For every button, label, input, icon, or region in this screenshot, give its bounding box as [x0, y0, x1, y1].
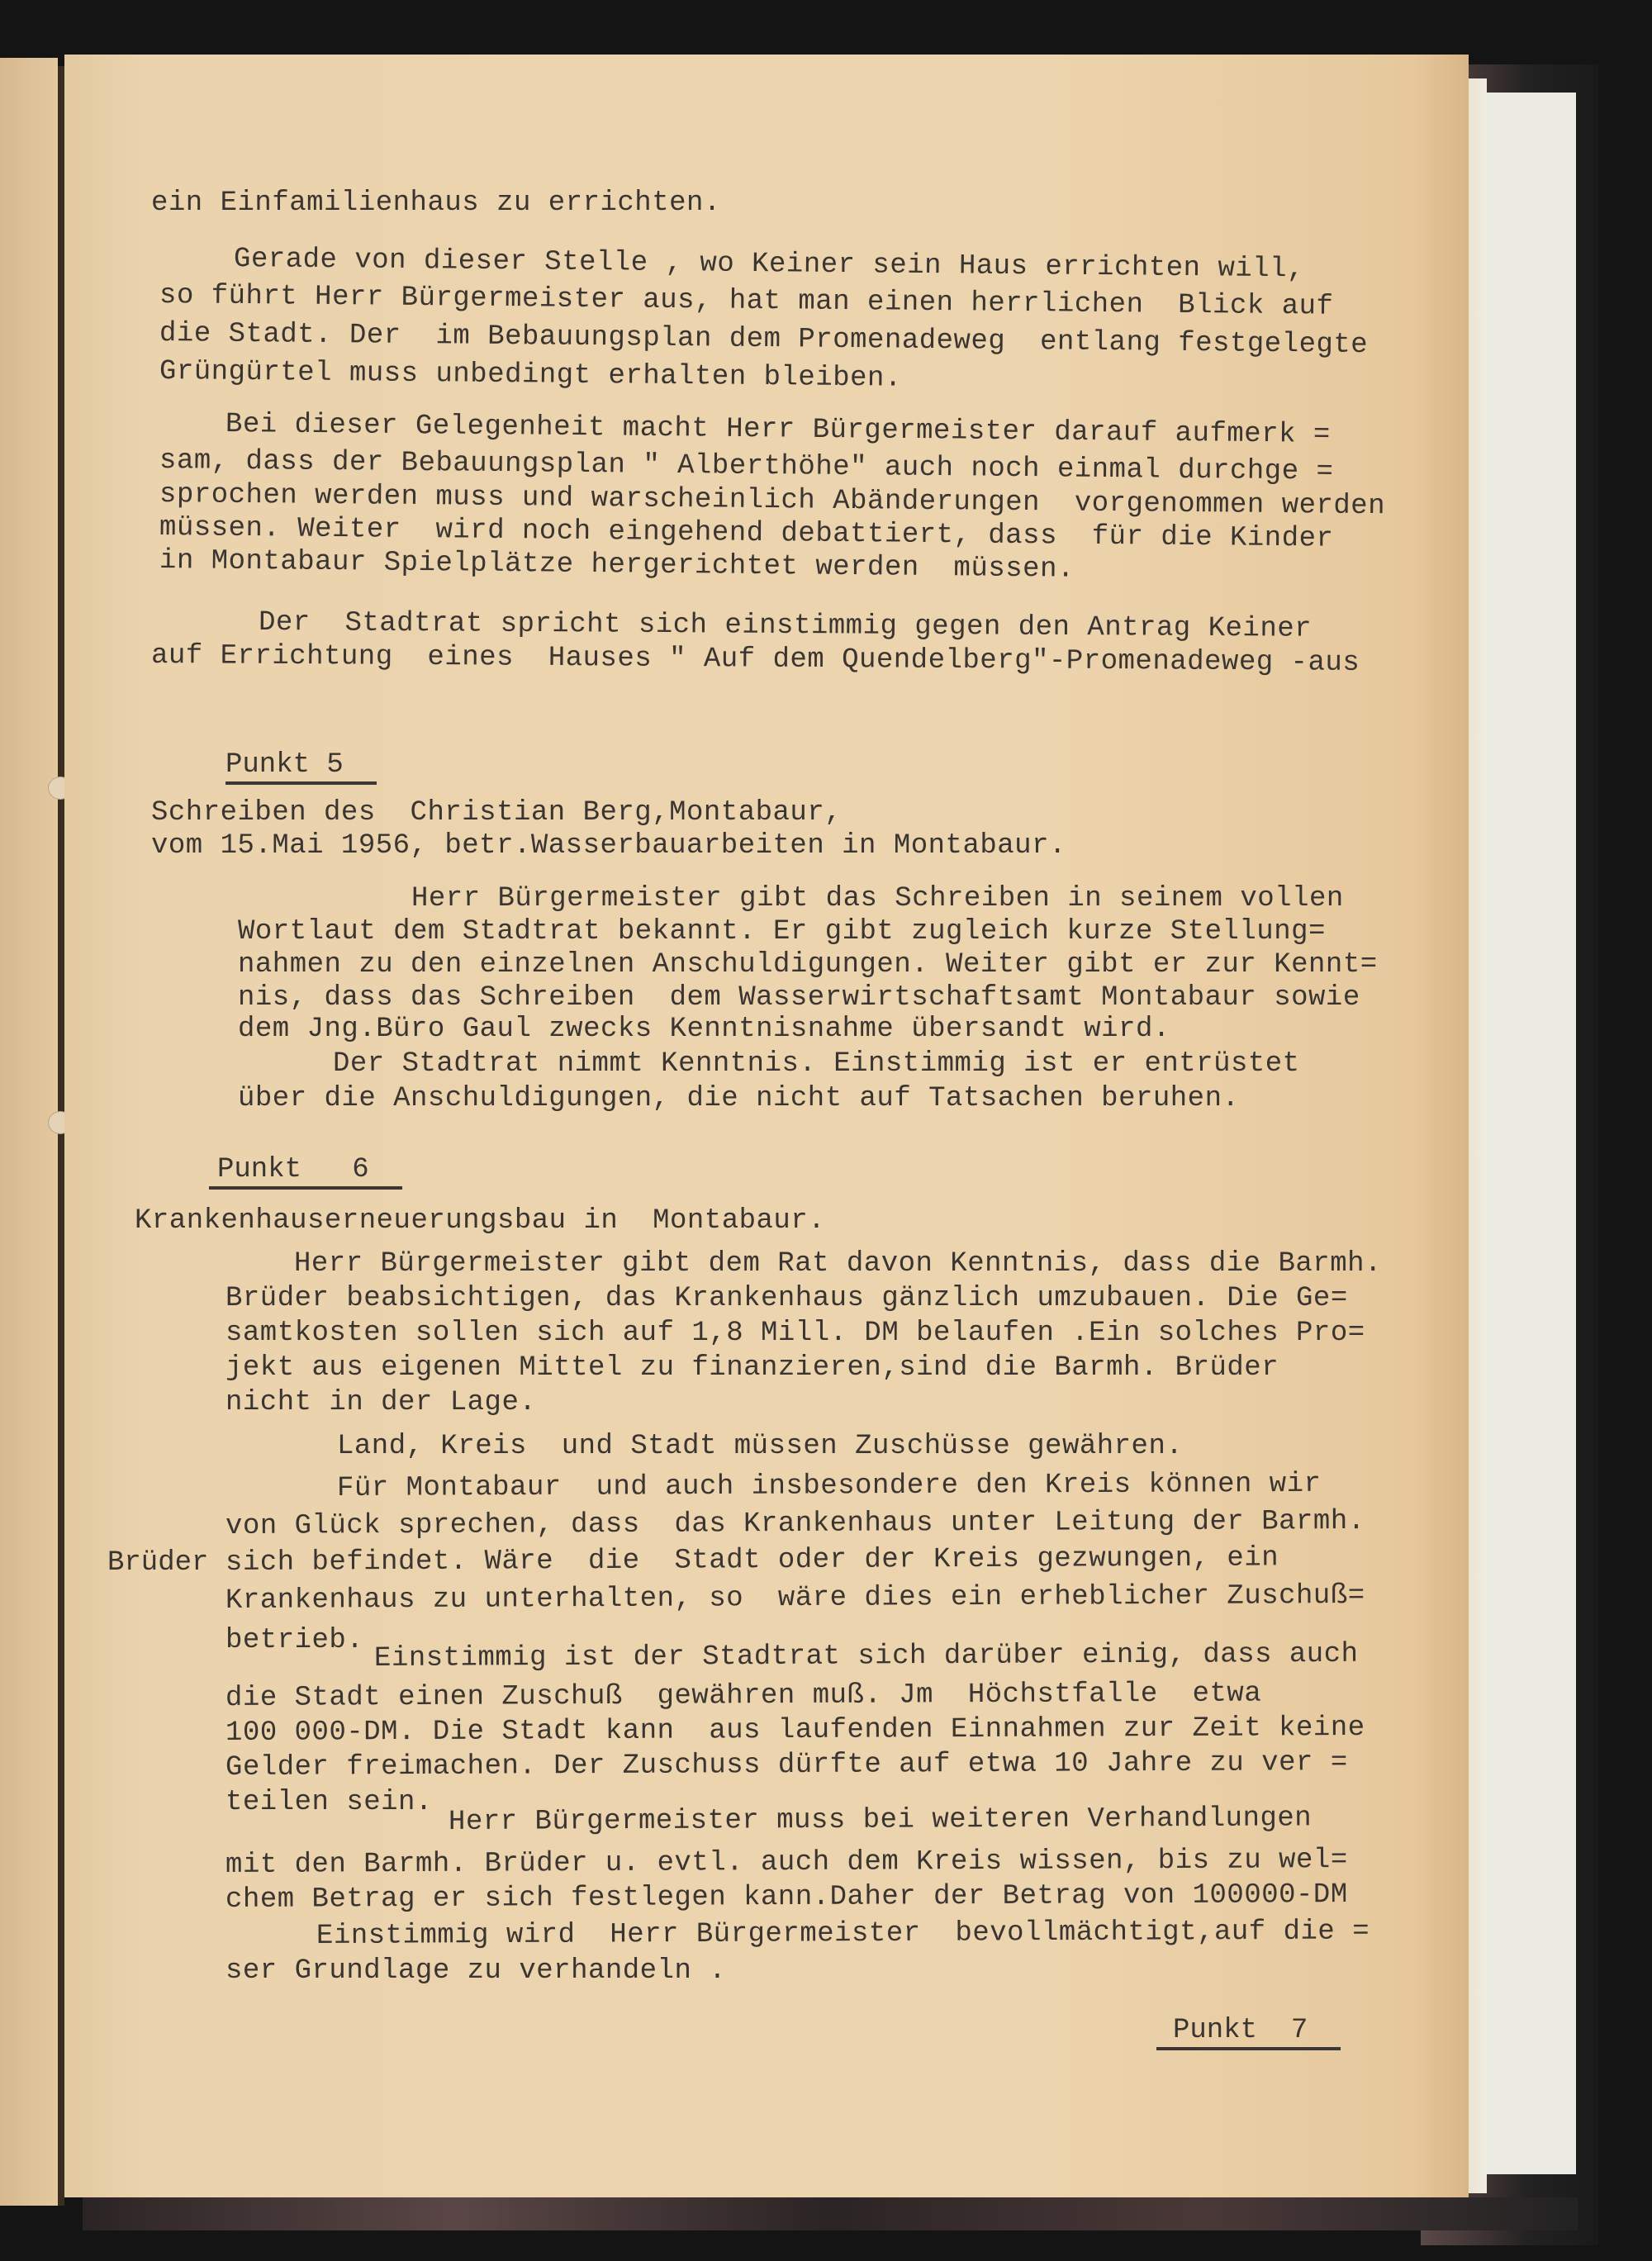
- document-page: ein Einfamilienhaus zu errichten. Gerade…: [64, 55, 1469, 2197]
- section-subject-line: Schreiben des Christian Berg,Montabaur,: [151, 796, 842, 829]
- text-line: Grüngürtel muss unbedingt erhalten bleib…: [159, 355, 902, 396]
- margin-note: Brüder: [107, 1546, 208, 1579]
- text-line: dem Jng.Büro Gaul zwecks Kenntnisnahme ü…: [238, 1013, 1170, 1046]
- text-line: Der Stadtrat nimmt Kenntnis. Einstimmig …: [333, 1047, 1300, 1081]
- book-endpaper: [1487, 93, 1576, 2174]
- text-line: die Stadt. Der im Bebauungsplan dem Prom…: [159, 317, 1369, 362]
- section-heading-punkt-7: Punkt 7: [1156, 2014, 1341, 2050]
- text-line: Land, Kreis und Stadt müssen Zuschüsse g…: [337, 1430, 1183, 1463]
- left-facing-page: [0, 58, 58, 2206]
- text-line: samtkosten sollen sich auf 1,8 Mill. DM …: [225, 1317, 1365, 1350]
- text-line: mit den Barmh. Brüder u. evtl. auch dem …: [225, 1844, 1348, 1882]
- text-line: über die Anschuldigungen, die nicht auf …: [238, 1082, 1239, 1115]
- marbled-cover-bottom: [83, 2197, 1578, 2230]
- text-line: Brüder beabsichtigen, das Krankenhaus gä…: [225, 1282, 1348, 1315]
- text-line: chem Betrag er sich festlegen kann.Daher…: [225, 1879, 1348, 1917]
- binding-gutter: [58, 66, 64, 2206]
- text-line: auf Errichtung eines Hauses " Auf dem Qu…: [151, 639, 1360, 680]
- text-line: die Stadt einen Zuschuß gewähren muß. Jm…: [225, 1678, 1261, 1715]
- text-line: teilen sein.: [225, 1786, 433, 1819]
- text-line: nahmen zu den einzelnen Anschuldigungen.…: [238, 948, 1378, 981]
- text-line: Der Stadtrat spricht sich einstimmig geg…: [259, 606, 1312, 646]
- text-line: jekt aus eigenen Mittel zu finanzieren,s…: [225, 1351, 1279, 1385]
- text-line: Herr Bürgermeister gibt das Schreiben in…: [411, 882, 1344, 915]
- text-line: sich befindet. Wäre die Stadt oder der K…: [225, 1541, 1279, 1579]
- text-line: Wortlaut dem Stadtrat bekannt. Er gibt z…: [238, 915, 1326, 948]
- text-line: Einstimmig wird Herr Bürgermeister bevol…: [316, 1915, 1370, 1953]
- text-line: Krankenhaus zu unterhalten, so wäre dies…: [225, 1579, 1365, 1617]
- section-subject-line: vom 15.Mai 1956, betr.Wasserbauarbeiten …: [151, 829, 1066, 862]
- text-line: Einstimmig ist der Stadtrat sich darüber…: [374, 1638, 1359, 1675]
- text-line: Für Montabaur und auch insbesondere den …: [337, 1468, 1322, 1505]
- text-line: nis, dass das Schreiben dem Wasserwirtsc…: [238, 981, 1360, 1014]
- text-line: Gelder freimachen. Der Zuschuss dürfte a…: [225, 1746, 1348, 1784]
- text-line: 100 000-DM. Die Stadt kann aus laufenden…: [225, 1712, 1365, 1750]
- text-line: ein Einfamilienhaus zu errichten.: [151, 187, 721, 220]
- text-line: so führt Herr Bürgermeister aus, hat man…: [159, 279, 1334, 324]
- text-line: Bei dieser Gelegenheit macht Herr Bürger…: [225, 408, 1331, 452]
- section-heading-punkt-5: Punkt 5: [225, 748, 377, 785]
- section-subject-line: Krankenhauserneuerungsbau in Montabaur.: [135, 1204, 825, 1237]
- text-line: betrieb.: [225, 1624, 363, 1657]
- text-line: nicht in der Lage.: [225, 1386, 536, 1419]
- text-line: ser Grundlage zu verhandeln .: [225, 1955, 726, 1988]
- text-line: von Glück sprechen, dass das Krankenhaus…: [225, 1505, 1365, 1543]
- text-line: Herr Bürgermeister gibt dem Rat davon Ke…: [294, 1247, 1382, 1280]
- text-line: Herr Bürgermeister muss bei weiteren Ver…: [449, 1802, 1312, 1839]
- section-heading-punkt-6: Punkt 6: [209, 1153, 402, 1190]
- text-line: Gerade von dieser Stelle , wo Keiner sei…: [234, 243, 1304, 286]
